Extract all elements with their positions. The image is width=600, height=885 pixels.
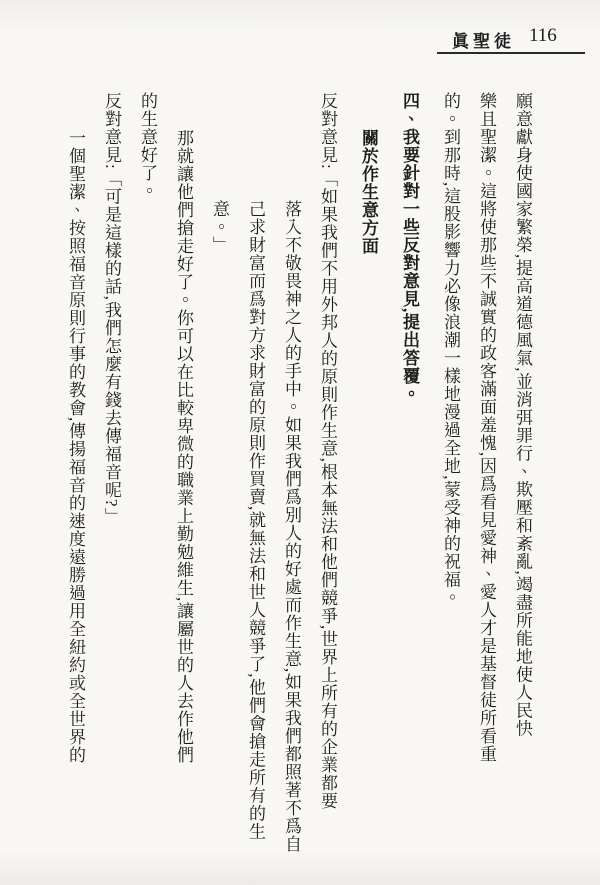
page-number: 116	[529, 25, 557, 47]
objection2-column-1: 反對意見:「可是這樣的話,我們怎麼有錢去傳福音呢?」	[93, 92, 129, 860]
running-title: 眞聖徒	[452, 27, 515, 52]
text-column-1: 願意獻身使國家繁榮,提高道德風氣,並消弭罪行、欺壓和紊亂,竭盡所能地使人民快	[504, 92, 540, 860]
text-column-2: 樂且聖潔。這將使那些不誠實的政客滿面羞愧,因爲看見愛神、愛人才是基督徒所看重	[468, 92, 504, 860]
objection-column-1: 反對意見:「如果我們不用外邦人的原則作生意,根本無法和他們競爭,世界上所有的企業…	[309, 92, 345, 860]
header-rule	[437, 52, 585, 54]
answer2-column-1: 一個聖潔、按照福音原則行事的教會,傳揚福音的速度遠勝過用全紐約或全世界的	[57, 92, 93, 860]
objection-column-3: 己求財富而爲對方求財富的原則作買賣,就無法和世人競爭了,他們會搶走所有的生	[237, 92, 273, 860]
book-page: 眞聖徒 116 願意獻身使國家繁榮,提高道德風氣,並消弭罪行、欺壓和紊亂,竭盡所…	[0, 0, 600, 885]
objection-column-2: 落入不敬畏神之人的手中。如果我們爲別人的好處而作生意,如果我們都照著不爲自	[273, 92, 309, 860]
answer-column-1: 那就讓他們搶走好了。你可以在比較卑微的職業上勤勉維生,讓屬世的人去作他們	[165, 92, 201, 860]
text-column-3: 的。到那時,這股影響力必像浪潮一樣地漫過全地,蒙受神的祝福。	[432, 92, 468, 860]
sub-heading: 關於作生意方面	[350, 92, 386, 860]
objection-column-4: 意。」	[201, 92, 237, 860]
answer-column-2: 的生意好了。	[129, 92, 165, 860]
vertical-text-area: 願意獻身使國家繁榮,提高道德風氣,並消弭罪行、欺壓和紊亂,竭盡所能地使人民快 樂…	[57, 92, 540, 860]
section-heading: 四、我要針對一些反對意見,提出答覆。	[391, 92, 427, 860]
